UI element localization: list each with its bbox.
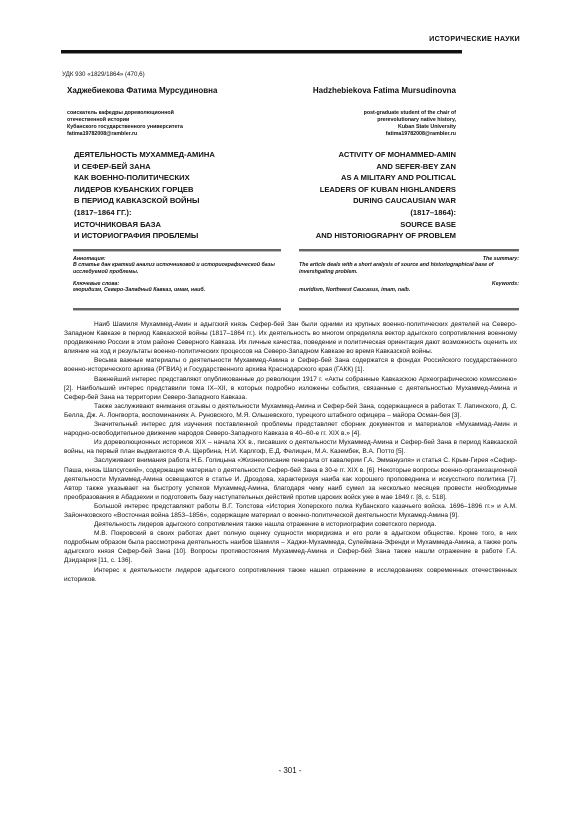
body-paragraph: Заслуживают внимания работа Н.Б. Голицын… bbox=[64, 456, 517, 501]
section-tag: ИСТОРИЧЕСКИЕ НАУКИ bbox=[429, 34, 520, 43]
affiliation-line: Кубанского государственного университета bbox=[67, 124, 183, 131]
author-name-ru: Хаджебиекова Фатима Мурсудиновна bbox=[67, 86, 217, 95]
body-paragraph: Из дореволюционных историков XIX – начал… bbox=[64, 438, 517, 456]
affiliation-line: отечественной истории bbox=[67, 117, 183, 124]
abstract-text-ru: В статье дан краткий анализ источниковой… bbox=[73, 262, 281, 276]
body-paragraph: Значительный интерес для изучения постав… bbox=[64, 420, 517, 438]
affiliation-line: prerevolutionary native history, bbox=[364, 117, 456, 124]
abstract-bottom-rule bbox=[73, 308, 281, 311]
article-title-en: ACTIVITY OF MOHAMMED-AMIN AND SEFER-BEY … bbox=[316, 149, 456, 242]
article-body: Наиб Шамиля Мухаммед-Амин и адыгский кня… bbox=[64, 320, 517, 584]
abstract-box-en: The summary: The article deals with a sh… bbox=[299, 249, 519, 311]
affiliation-line: post-graduate student of the chair of bbox=[364, 110, 456, 117]
body-paragraph: Важнейший интерес представляют опубликов… bbox=[64, 375, 517, 402]
author-name-en: Hadzhebiekova Fatima Mursudinovna bbox=[313, 86, 456, 95]
abstract-bottom-rule bbox=[299, 308, 519, 311]
body-paragraph: Весьма важные материалы о деятельности М… bbox=[64, 356, 517, 374]
keywords-ru: мюридизм, Северо-Западный Кавказ, имам, … bbox=[73, 287, 281, 294]
body-paragraph: Наиб Шамиля Мухаммед-Амин и адыгский кня… bbox=[64, 320, 517, 356]
abstract-top-rule bbox=[299, 249, 519, 252]
udk-code: УДК 930 «1829/1864» (470,6) bbox=[62, 71, 145, 78]
body-paragraph: Также заслуживают внимания отзывы о деят… bbox=[64, 402, 517, 420]
page-number: - 301 - bbox=[0, 766, 580, 775]
keywords-en: muridism, Northwest Caucasus, imam, naib… bbox=[299, 287, 519, 294]
body-paragraph: М.В. Покровский в своих работах дает пол… bbox=[64, 529, 517, 565]
header-rule bbox=[61, 50, 462, 54]
body-paragraph: Большой интерес представляют работы В.Г.… bbox=[64, 502, 517, 520]
body-paragraph: Деятельность лидеров адыгского сопротивл… bbox=[64, 520, 517, 529]
abstract-top-rule bbox=[73, 249, 281, 252]
article-title-ru: ДЕЯТЕЛЬНОСТЬ МУХАММЕД-АМИНА И СЕФЕР-БЕЙ … bbox=[74, 149, 215, 242]
body-paragraph: Интерес к деятельности лидеров адыгского… bbox=[64, 566, 517, 584]
affiliation-line: соискатель кафедры дореволюционной bbox=[67, 110, 183, 117]
abstract-box-ru: Аннотация: В статье дан краткий анализ и… bbox=[73, 249, 281, 311]
affiliation-en: post-graduate student of the chair of pr… bbox=[364, 110, 456, 138]
author-email-en[interactable]: fatima19782008@rambler.ru bbox=[364, 131, 456, 138]
affiliation-line: Kuban State University bbox=[364, 124, 456, 131]
abstract-text-en: The article deals with a short aralysis … bbox=[299, 262, 519, 276]
affiliation-ru: соискатель кафедры дореволюционной отече… bbox=[67, 110, 183, 138]
author-email-ru[interactable]: fatima19782008@rambler.ru bbox=[67, 131, 183, 138]
